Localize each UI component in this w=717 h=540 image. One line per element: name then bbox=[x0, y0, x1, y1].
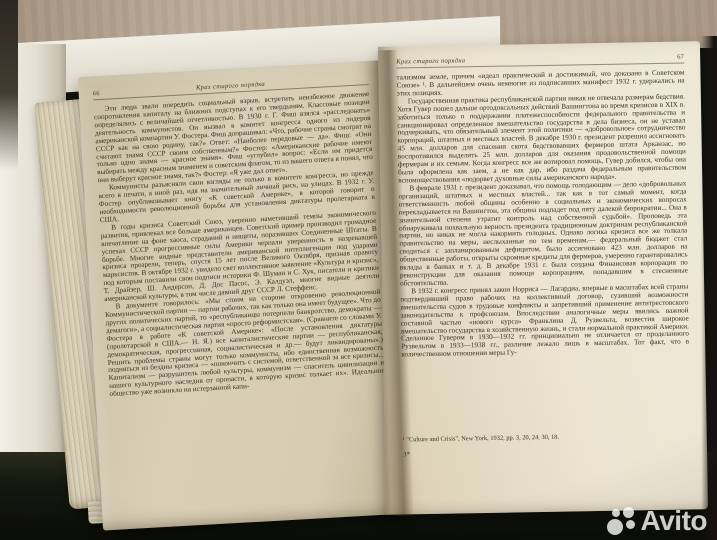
left-running-head-title: Крах старого порядка bbox=[119, 76, 343, 95]
left-page: 66 Крах старого порядка Эти люди звали о… bbox=[78, 60, 405, 530]
open-book: 66 Крах старого порядка Эти люди звали о… bbox=[44, 36, 714, 522]
avito-watermark: Avito bbox=[607, 505, 707, 536]
right-running-head: Крах старого порядка 67 bbox=[396, 54, 684, 69]
avito-watermark-label: Avito bbox=[641, 507, 707, 535]
right-page-text: тализмом земле, причем «идеал практическ… bbox=[396, 70, 690, 427]
left-page-number: 66 bbox=[93, 89, 119, 97]
paragraph: Государственная практика республиканской… bbox=[397, 93, 686, 185]
photo-right-edge-shadow bbox=[701, 36, 717, 540]
paragraph: В документе говорилось: «Мы стоим на сто… bbox=[105, 289, 386, 399]
avito-logo-icon bbox=[607, 505, 638, 536]
signature-mark: 3* bbox=[403, 446, 691, 459]
book-listing-photo: 66 Крах старого порядка Эти люди звали о… bbox=[0, 0, 717, 540]
right-page-number: 67 bbox=[677, 54, 684, 61]
corner-shadow bbox=[0, 0, 18, 170]
left-page-text: Эти люди звали опередить социальный взры… bbox=[93, 91, 391, 514]
paragraph: В 1932 г. конгресс принял закон Норриса … bbox=[400, 283, 689, 359]
right-page: Крах старого порядка 67 тализмом земле, … bbox=[378, 41, 708, 515]
left-head-spacer bbox=[342, 80, 368, 81]
paragraph: В феврале 1931 г. президент доказывал, ч… bbox=[398, 180, 688, 288]
footnote: ¹ "Culture and Crisis", New York, 1932, … bbox=[403, 431, 691, 443]
right-running-head-title: Крах старого порядка bbox=[396, 57, 465, 65]
right-head-spacer bbox=[465, 59, 677, 63]
